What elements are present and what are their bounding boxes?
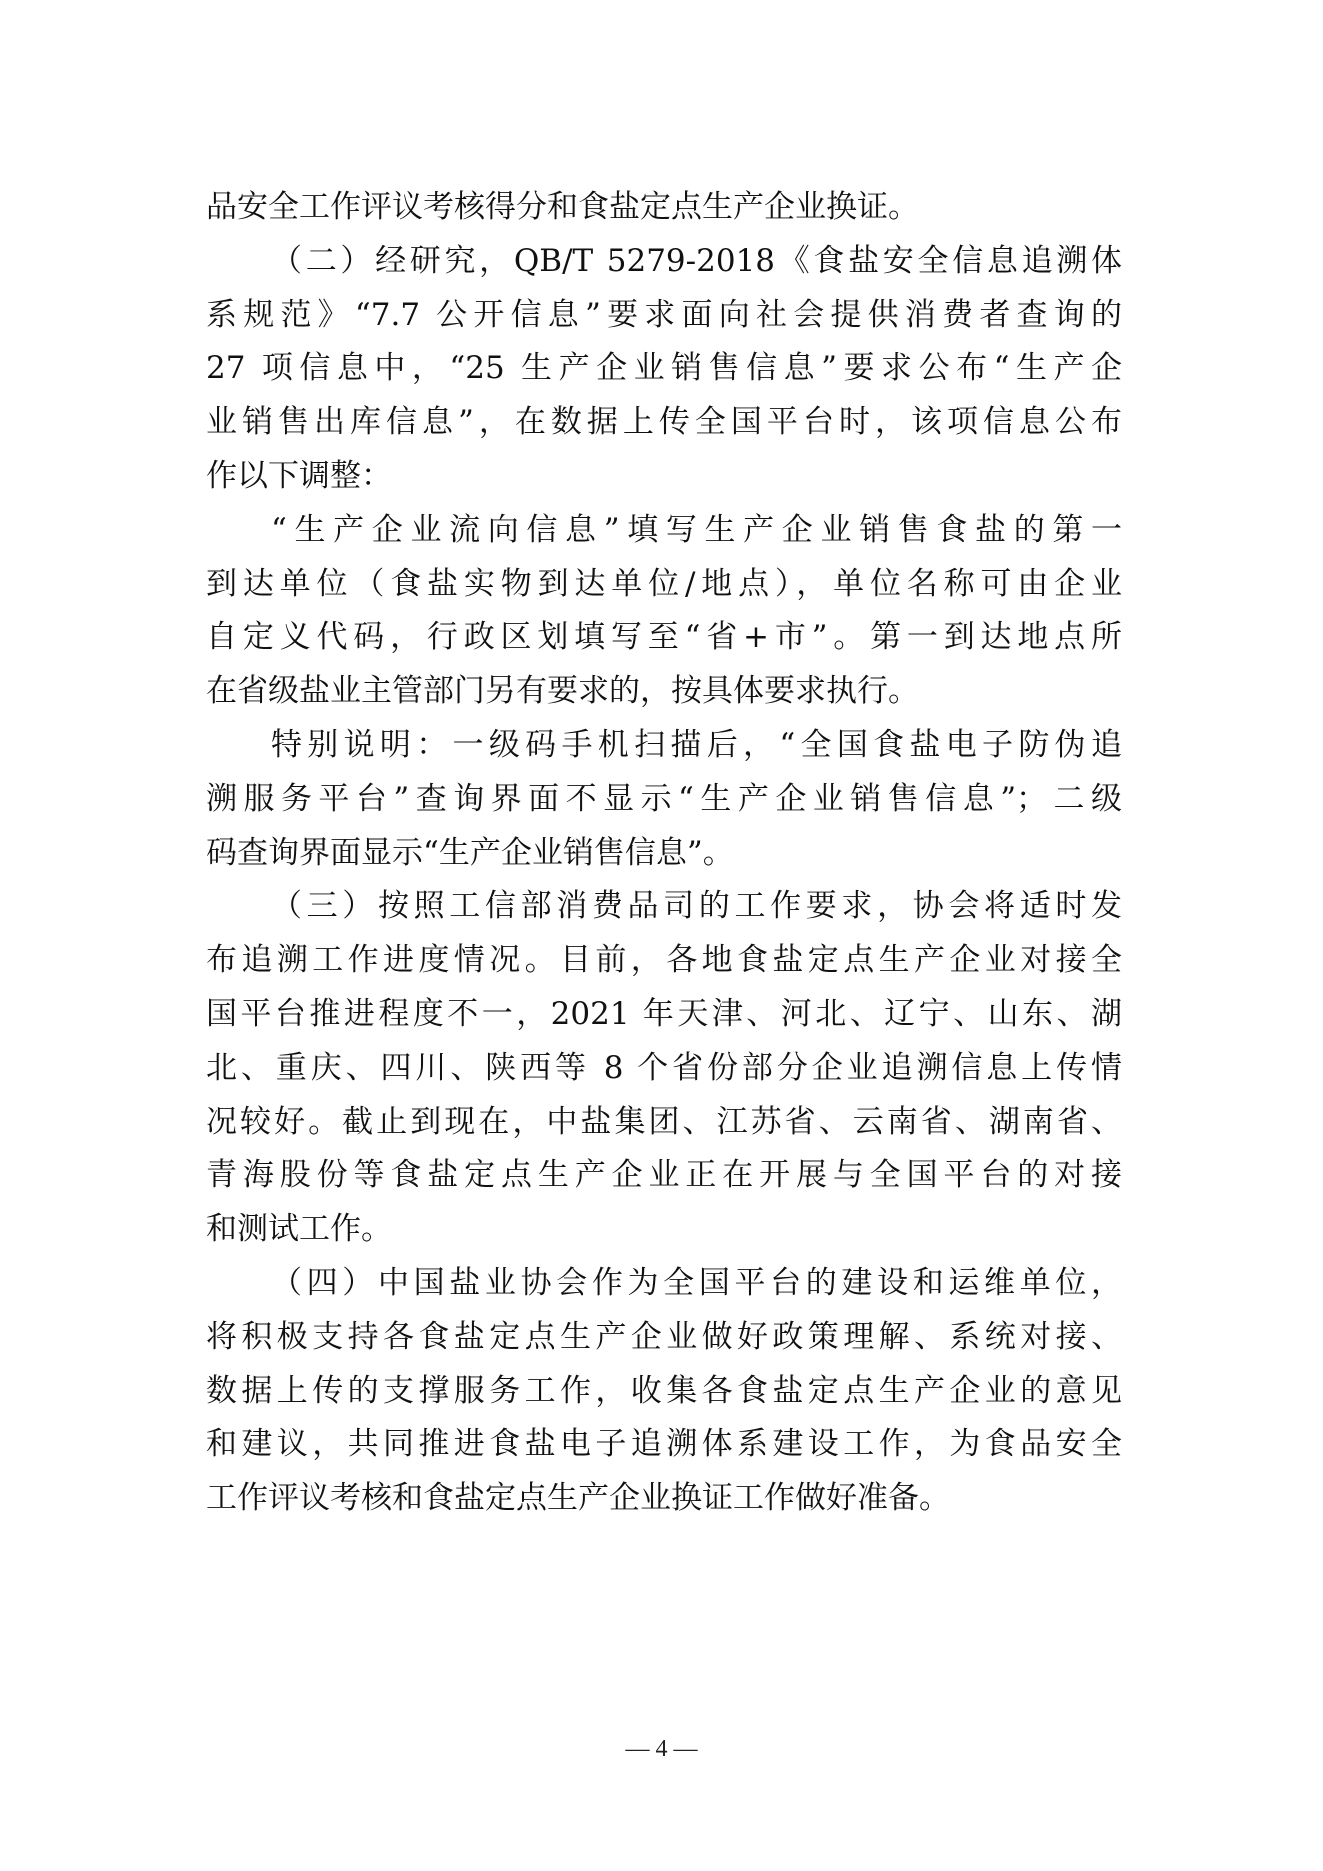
text-line: 将积极支持各食盐定点生产企业做好政策理解、系统对接、 — [206, 1311, 1122, 1365]
text-line: 码查询界面显示“生产企业销售信息”。 — [206, 827, 1122, 881]
text-line: 系规范》“7.7 公开信息”要求面向社会提供消费者查询的 — [206, 289, 1122, 343]
section-4-heading-line: （四）中国盐业协会作为全国平台的建设和运维单位， — [206, 1257, 1122, 1311]
text-line: 业销售出库信息”，在数据上传全国平台时，该项信息公布 — [206, 396, 1122, 450]
text-line: 27 项信息中，“25 生产企业销售信息”要求公布“生产企 — [206, 342, 1122, 396]
page-number: — 4 — — [0, 1736, 1323, 1763]
text-line: 溯服务平台”查询界面不显示“生产企业销售信息”；二级 — [206, 773, 1122, 827]
document-page: 品安全工作评议考核得分和食盐定点生产企业换证。 （二）经研究，QB/T 5279… — [0, 0, 1323, 1871]
text-line: 和测试工作。 — [206, 1203, 1122, 1257]
special-note-line: 特别说明：一级码手机扫描后，“全国食盐电子防伪追 — [206, 719, 1122, 773]
text-line: 和建议，共同推进食盐电子追溯体系建设工作，为食品安全 — [206, 1418, 1122, 1472]
text-line: 到达单位（食盐实物到达单位/地点），单位名称可由企业 — [206, 558, 1122, 612]
text-line: 品安全工作评议考核得分和食盐定点生产企业换证。 — [206, 181, 1122, 235]
text-line: 况较好。截止到现在，中盐集团、江苏省、云南省、湖南省、 — [206, 1096, 1122, 1150]
text-line: 数据上传的支撑服务工作，收集各食盐定点生产企业的意见 — [206, 1365, 1122, 1419]
text-line: 国平台推进程度不一，2021 年天津、河北、辽宁、山东、湖 — [206, 988, 1122, 1042]
text-line: 作以下调整： — [206, 450, 1122, 504]
text-line: 自定义代码，行政区划填写至“省+市”。第一到达地点所 — [206, 611, 1122, 665]
text-line: 青海股份等食盐定点生产企业正在开展与全国平台的对接 — [206, 1149, 1122, 1203]
text-line: 在省级盐业主管部门另有要求的，按具体要求执行。 — [206, 665, 1122, 719]
text-line: 布追溯工作进度情况。目前，各地食盐定点生产企业对接全 — [206, 934, 1122, 988]
document-body: 品安全工作评议考核得分和食盐定点生产企业换证。 （二）经研究，QB/T 5279… — [206, 181, 1122, 1526]
text-line: “生产企业流向信息”填写生产企业销售食盐的第一 — [206, 504, 1122, 558]
section-2-heading-line: （二）经研究，QB/T 5279-2018《食盐安全信息追溯体 — [206, 235, 1122, 289]
text-line: 北、重庆、四川、陕西等 8 个省份部分企业追溯信息上传情 — [206, 1042, 1122, 1096]
section-3-heading-line: （三）按照工信部消费品司的工作要求，协会将适时发 — [206, 880, 1122, 934]
text-line: 工作评议考核和食盐定点生产企业换证工作做好准备。 — [206, 1472, 1122, 1526]
